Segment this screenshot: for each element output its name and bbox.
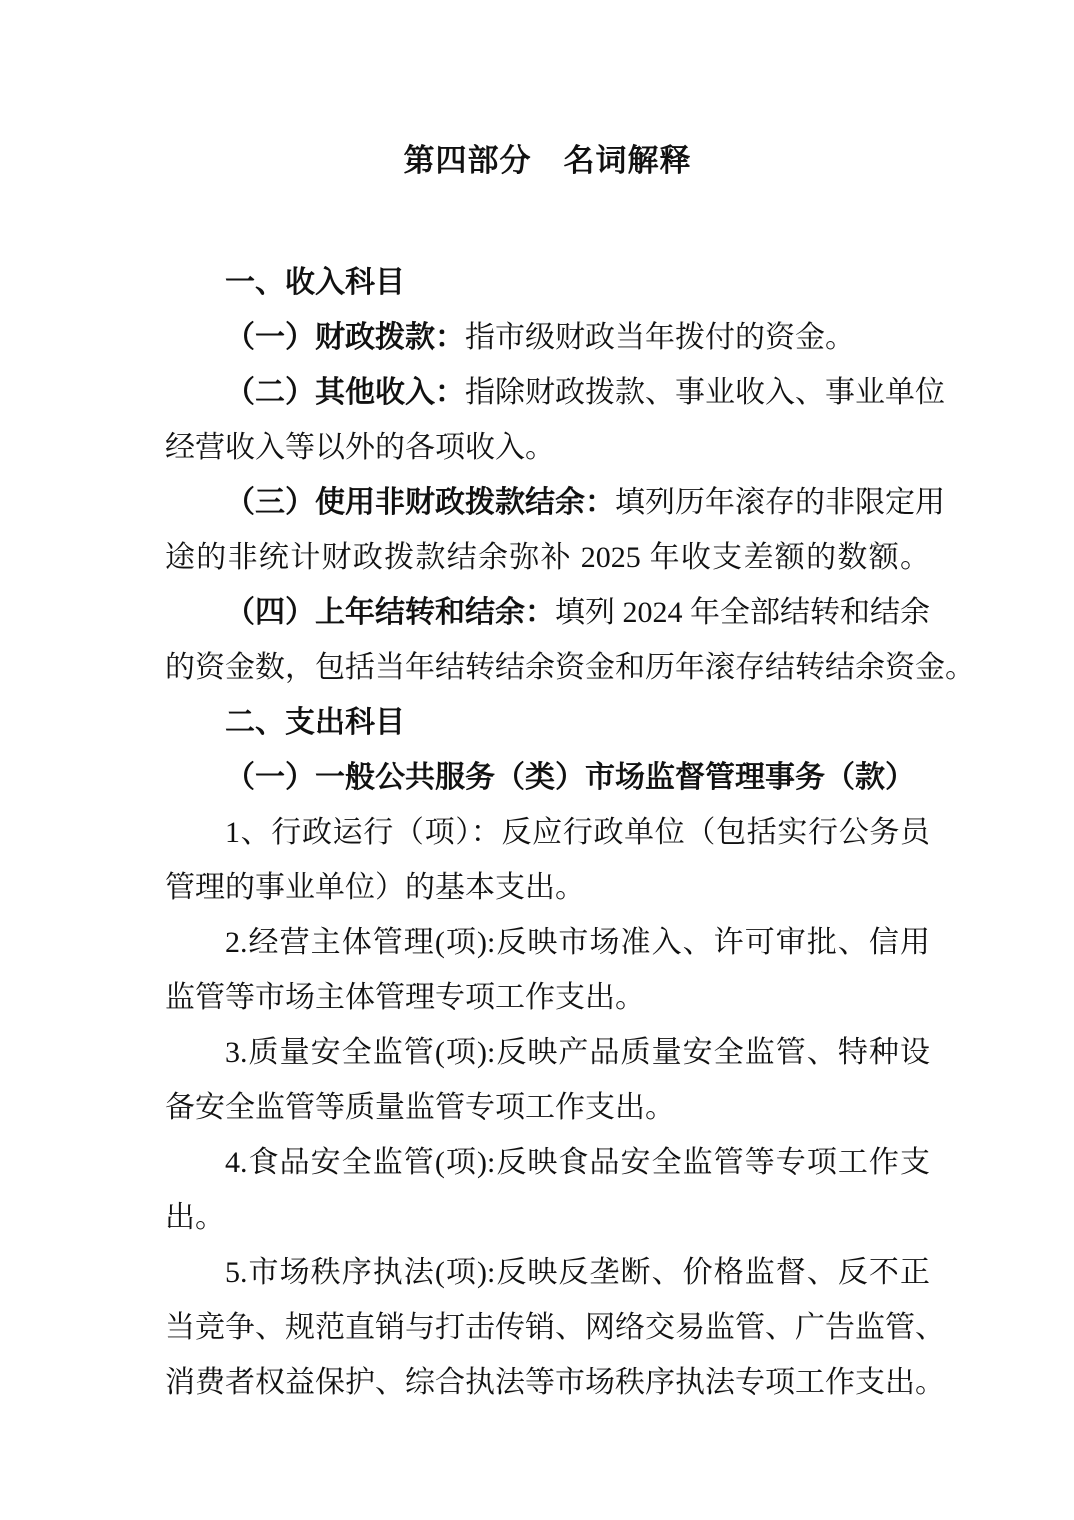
paragraph-line: 4.食品安全监管(项):反映食品安全监管等专项工作支 [165,1135,930,1190]
paragraph-line: （三）使用非财政拨款结余：填列历年滚存的非限定用 [165,475,930,530]
term-definition: 指除财政拨款、事业收入、事业单位 [465,376,945,409]
term-definition: 填列 2024 年全部结转和结余 [555,596,930,629]
doc-title: 第四部分 名词解释 [165,142,930,182]
paragraph-line: （四）上年结转和结余：填列 2024 年全部结转和结余 [165,585,930,640]
paragraph-line: 5.市场秩序执法(项):反映反垄断、价格监督、反不正 [165,1245,930,1300]
paragraph-line: 3.质量安全监管(项):反映产品质量安全监管、特种设 [165,1025,930,1080]
section-heading-income: 一、收入科目 [165,255,930,310]
paragraph-line: 的资金数，包括当年结转结余资金和历年滚存结转结余资金。 [165,640,930,695]
term-label: （三）使用非财政拨款结余： [225,486,615,519]
paragraph-line: 1、行政运行（项）：反应行政单位（包括实行公务员 [165,805,930,860]
paragraph-line: 监管等市场主体管理专项工作支出。 [165,970,930,1025]
section-heading-expenditure: 二、支出科目 [165,695,930,750]
term-definition: 填列历年滚存的非限定用 [615,486,945,519]
paragraph-line: （一）财政拨款：指市级财政当年拨付的资金。 [165,310,930,365]
paragraph-line: 途的非统计财政拨款结余弥补 2025 年收支差额的数额。 [165,530,930,585]
paragraph-line: 出。 [165,1190,930,1245]
term-label: （四）上年结转和结余： [225,596,555,629]
paragraph-line: 经营收入等以外的各项收入。 [165,420,930,475]
paragraph-line: 当竞争、规范直销与打击传销、网络交易监管、广告监管、 [165,1300,930,1355]
paragraph-line: 备安全监管等质量监管专项工作支出。 [165,1080,930,1135]
subsection-heading: （一）一般公共服务（类）市场监督管理事务（款） [165,750,930,805]
paragraph-line: 2.经营主体管理(项):反映市场准入、许可审批、信用 [165,915,930,970]
document-page: 第四部分 名词解释 一、收入科目 （一）财政拨款：指市级财政当年拨付的资金。 （… [0,0,1074,1520]
paragraph-line: 消费者权益保护、综合执法等市场秩序执法专项工作支出。 [165,1355,930,1410]
paragraph-line: 管理的事业单位）的基本支出。 [165,860,930,915]
term-definition: 指市级财政当年拨付的资金。 [465,321,855,354]
paragraph-line: （二）其他收入：指除财政拨款、事业收入、事业单位 [165,365,930,420]
term-label: （二）其他收入： [225,376,465,409]
term-label: （一）财政拨款： [225,321,465,354]
